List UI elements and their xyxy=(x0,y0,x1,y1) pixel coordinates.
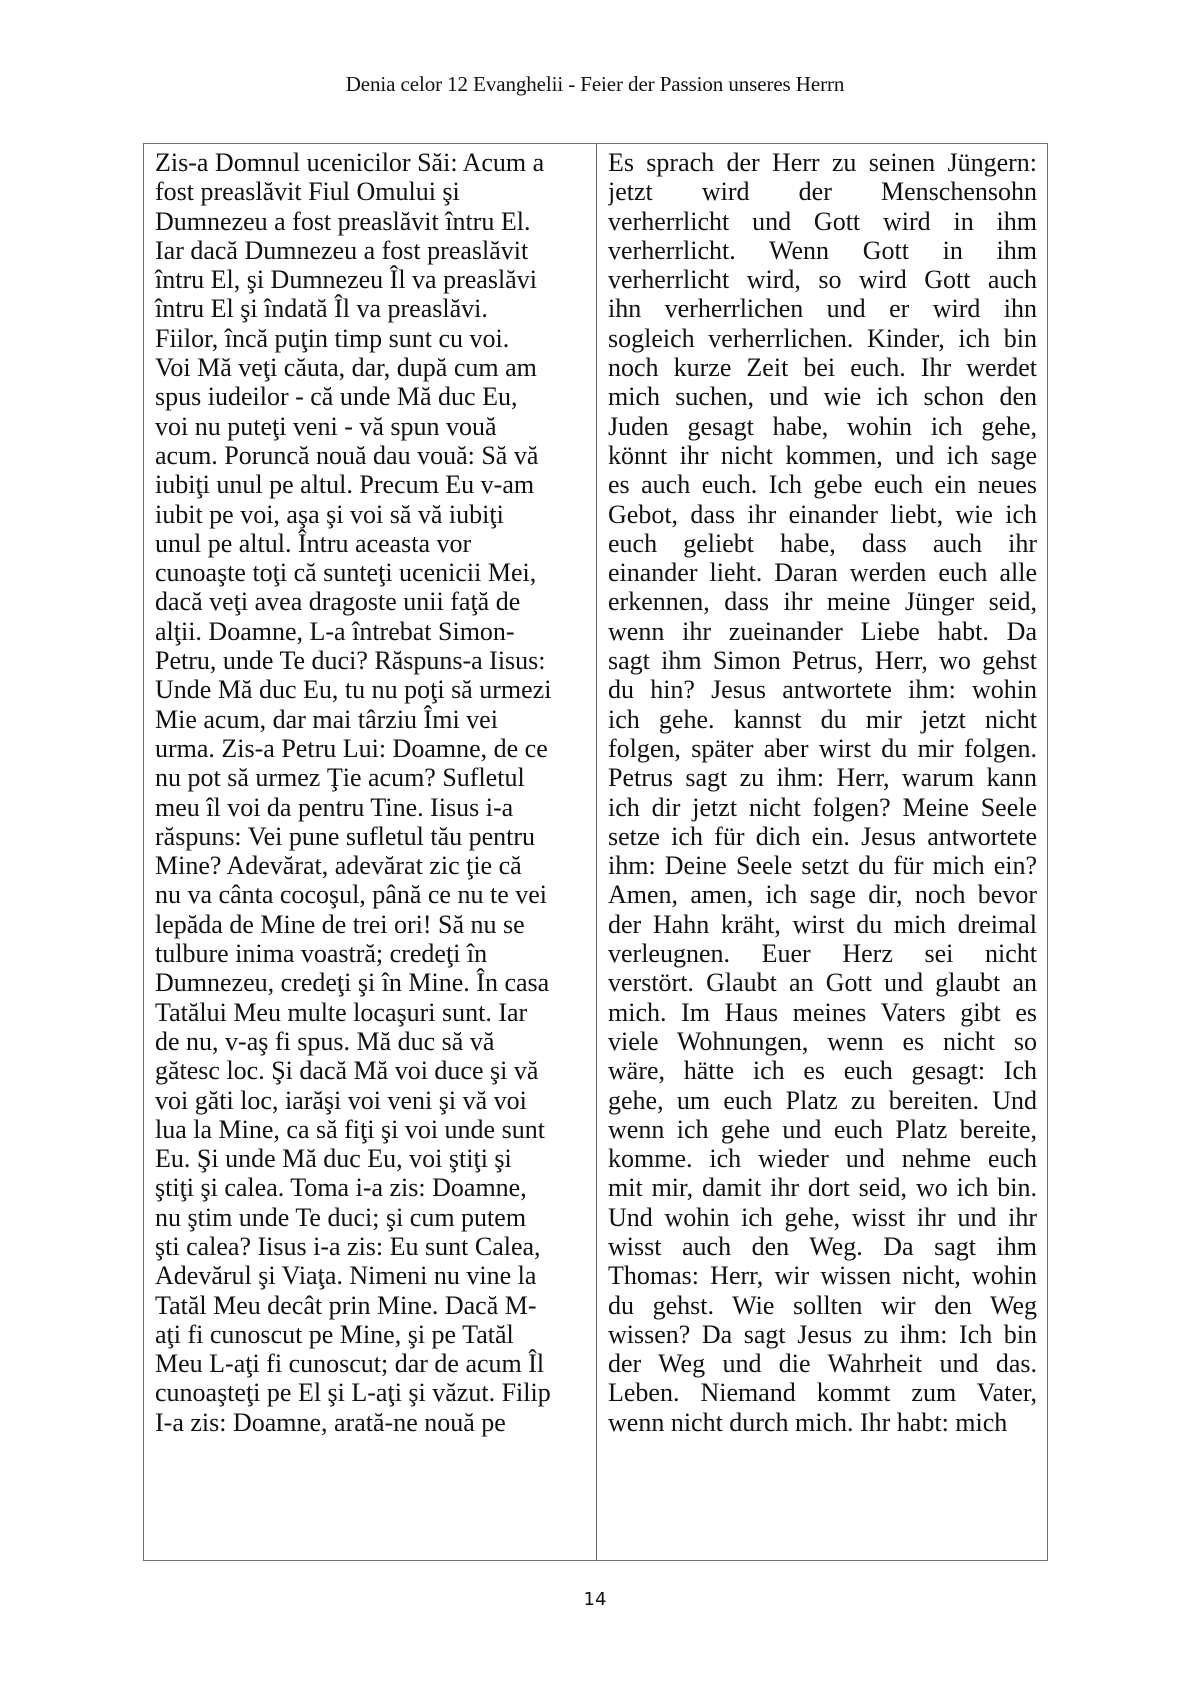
german-text-line: Petrus sagt zu ihm: Herr, warum kann xyxy=(608,763,1037,792)
german-text-line: mich suchen, und wie ich schon den xyxy=(608,382,1037,411)
romanian-text-line: Unde Mă duc Eu, tu nu poţi să urmezi xyxy=(155,675,586,704)
romanian-text-line: aţi fi cunoscut pe Mine, şi pe Tatăl xyxy=(155,1320,586,1349)
romanian-column: Zis-a Domnul ucenicilor Săi: Acum afost … xyxy=(144,144,597,1560)
romanian-text-line: voi nu puteţi veni - vă spun vouă xyxy=(155,412,586,441)
romanian-text-line: tulbure inima voastră; credeţi în xyxy=(155,939,586,968)
romanian-text-line: nu va cânta cocoşul, până ce nu te vei xyxy=(155,880,586,909)
romanian-text-line: lua la Mine, ca să fiţi şi voi unde sunt xyxy=(155,1115,586,1144)
german-text-line: sagt ihm Simon Petrus, Herr, wo gehst xyxy=(608,646,1037,675)
romanian-text-line: Iar dacă Dumnezeu a fost preaslăvit xyxy=(155,236,586,265)
german-text-line: mit mir, damit ihr dort seid, wo ich bin… xyxy=(608,1173,1037,1202)
german-text-line: ich gehe. kannst du mir jetzt nicht xyxy=(608,705,1037,734)
romanian-text-line: dacă veţi avea dragoste unii faţă de xyxy=(155,587,586,616)
romanian-text-line: unul pe altul. Întru aceasta vor xyxy=(155,529,586,558)
romanian-text-line: cunoaşte toţi că sunteţi ucenicii Mei, xyxy=(155,558,586,587)
romanian-text-line: întru El şi îndată Îl va preaslăvi. xyxy=(155,294,586,323)
german-text-line: du hin? Jesus antwortete ihm: wohin xyxy=(608,675,1037,704)
romanian-text-line: Eu. Şi unde Mă duc Eu, voi ştiţi şi xyxy=(155,1144,586,1173)
romanian-text-line: urma. Zis-a Petru Lui: Doamne, de ce xyxy=(155,734,586,763)
romanian-text-line: Tatălui Meu multe locaşuri sunt. Iar xyxy=(155,998,586,1027)
romanian-text-line: Mine? Adevărat, adevărat zic ţie că xyxy=(155,851,586,880)
romanian-text-line: voi găti loc, iarăşi voi veni şi vă voi xyxy=(155,1086,586,1115)
romanian-text-line: gătesc loc. Şi dacă Mă voi duce şi vă xyxy=(155,1056,586,1085)
german-text-line: Juden gesagt habe, wohin ich gehe, xyxy=(608,412,1037,441)
german-text-line: viele Wohnungen, wenn es nicht so xyxy=(608,1027,1037,1056)
german-text-line: ich dir jetzt nicht folgen? Meine Seele xyxy=(608,793,1037,822)
german-text-line: sogleich verherrlichen. Kinder, ich bin xyxy=(608,324,1037,353)
romanian-text-line: meu îl voi da pentru Tine. Iisus i-a xyxy=(155,793,586,822)
romanian-text-line: Tatăl Meu decât prin Mine. Dacă M- xyxy=(155,1291,586,1320)
romanian-text-line: Mie acum, dar mai târziu Îmi vei xyxy=(155,705,586,734)
romanian-text-line: nu pot să urmez Ţie acum? Sufletul xyxy=(155,763,586,792)
german-text-line: setze ich für dich ein. Jesus antwortete xyxy=(608,822,1037,851)
romanian-text-line: iubiţi unul pe altul. Precum Eu v-am xyxy=(155,470,586,499)
german-text-line: noch kurze Zeit bei euch. Ihr werdet xyxy=(608,353,1037,382)
romanian-text-line: cunoaşteţi pe El şi L-aţi şi văzut. Fili… xyxy=(155,1378,586,1407)
german-text-line: erkennen, dass ihr meine Jünger seid, xyxy=(608,587,1037,616)
german-text-line: der Weg und die Wahrheit und das. xyxy=(608,1349,1037,1378)
romanian-text-line: fost preaslăvit Fiul Omului şi xyxy=(155,177,586,206)
german-text-line: Gebot, dass ihr einander liebt, wie ich xyxy=(608,500,1037,529)
romanian-text-line: alţii. Doamne, L-a întrebat Simon- xyxy=(155,617,586,646)
romanian-text-line: răspuns: Vei pune sufletul tău pentru xyxy=(155,822,586,851)
german-text-line: verstört. Glaubt an Gott und glaubt an xyxy=(608,968,1037,997)
page-number: 14 xyxy=(0,1588,1190,1612)
romanian-text-line: şti calea? Iisus i-a zis: Eu sunt Calea, xyxy=(155,1232,586,1261)
german-text-line: verherrlicht wird, so wird Gott auch xyxy=(608,265,1037,294)
romanian-text-line: Fiilor, încă puţin timp sunt cu voi. xyxy=(155,324,586,353)
german-text-line: gehe, um euch Platz zu bereiten. Und xyxy=(608,1086,1037,1115)
romanian-text-line: întru El, şi Dumnezeu Îl va preaslăvi xyxy=(155,265,586,294)
german-text-line: verherrlicht. Wenn Gott in ihm xyxy=(608,236,1037,265)
page-header-title: Denia celor 12 Evanghelii - Feier der Pa… xyxy=(0,70,1190,98)
german-text-line: du gehst. Wie sollten wir den Weg xyxy=(608,1291,1037,1320)
german-text-line: mich. Im Haus meines Vaters gibt es xyxy=(608,998,1037,1027)
romanian-text-line: Dumnezeu a fost preaslăvit întru El. xyxy=(155,207,586,236)
german-text-line: einander lieht. Daran werden euch alle xyxy=(608,558,1037,587)
romanian-text-line: Adevărul şi Viaţa. Nimeni nu vine la xyxy=(155,1261,586,1290)
romanian-text-line: Meu L-aţi fi cunoscut; dar de acum Îl xyxy=(155,1349,586,1378)
romanian-text-line: Voi Mă veţi căuta, dar, după cum am xyxy=(155,353,586,382)
german-text-line: könnt ihr nicht kommen, und ich sage xyxy=(608,441,1037,470)
german-text-line: euch geliebt habe, dass auch ihr xyxy=(608,529,1037,558)
german-text-line: wenn nicht durch mich. Ihr habt: mich xyxy=(608,1408,1037,1437)
romanian-text-line: Zis-a Domnul ucenicilor Săi: Acum a xyxy=(155,148,586,177)
german-text-line: es auch euch. Ich gebe euch ein neues xyxy=(608,470,1037,499)
romanian-text-line: acum. Poruncă nouă dau vouă: Să vă xyxy=(155,441,586,470)
german-text-line: der Hahn kräht, wirst du mich dreimal xyxy=(608,910,1037,939)
german-text-line: wäre, hätte ich es euch gesagt: Ich xyxy=(608,1056,1037,1085)
romanian-text-line: iubit pe voi, aşa şi voi să vă iubiţi xyxy=(155,500,586,529)
german-text-line: wenn ich gehe und euch Platz bereite, xyxy=(608,1115,1037,1144)
german-text-line: verherrlicht und Gott wird in ihm xyxy=(608,207,1037,236)
german-text-line: Thomas: Herr, wir wissen nicht, wohin xyxy=(608,1261,1037,1290)
romanian-text-line: de nu, v-aş fi spus. Mă duc să vă xyxy=(155,1027,586,1056)
romanian-text-line: Dumnezeu, credeţi şi în Mine. În casa xyxy=(155,968,586,997)
romanian-text-line: I-a zis: Doamne, arată-ne nouă pe xyxy=(155,1408,586,1437)
german-text-line: ihn verherrlichen und er wird ihn xyxy=(608,294,1037,323)
german-text-line: Leben. Niemand kommt zum Vater, xyxy=(608,1378,1037,1407)
romanian-text-line: nu ştim unde Te duci; şi cum putem xyxy=(155,1203,586,1232)
german-text-line: Amen, amen, ich sage dir, noch bevor xyxy=(608,880,1037,909)
romanian-text-line: spus iudeilor - că unde Mă duc Eu, xyxy=(155,382,586,411)
german-text-line: Es sprach der Herr zu seinen Jüngern: xyxy=(608,148,1037,177)
bilingual-text-table: Zis-a Domnul ucenicilor Săi: Acum afost … xyxy=(143,143,1048,1561)
romanian-text-line: Petru, unde Te duci? Răspuns-a Iisus: xyxy=(155,646,586,675)
german-text-line: verleugnen. Euer Herz sei nicht xyxy=(608,939,1037,968)
german-text-line: ihm: Deine Seele setzt du für mich ein? xyxy=(608,851,1037,880)
german-text-line: komme. ich wieder und nehme euch xyxy=(608,1144,1037,1173)
german-text-line: Und wohin ich gehe, wisst ihr und ihr xyxy=(608,1203,1037,1232)
german-text-line: wissen? Da sagt Jesus zu ihm: Ich bin xyxy=(608,1320,1037,1349)
german-text-line: jetzt wird der Menschensohn xyxy=(608,177,1037,206)
german-column: Es sprach der Herr zu seinen Jüngern:jet… xyxy=(597,144,1047,1560)
german-text-line: folgen, später aber wirst du mir folgen. xyxy=(608,734,1037,763)
german-text-line: wenn ihr zueinander Liebe habt. Da xyxy=(608,617,1037,646)
romanian-text-line: ştiţi şi calea. Toma i-a zis: Doamne, xyxy=(155,1173,586,1202)
romanian-text-line: lepăda de Mine de trei ori! Să nu se xyxy=(155,910,586,939)
german-text-line: wisst auch den Weg. Da sagt ihm xyxy=(608,1232,1037,1261)
